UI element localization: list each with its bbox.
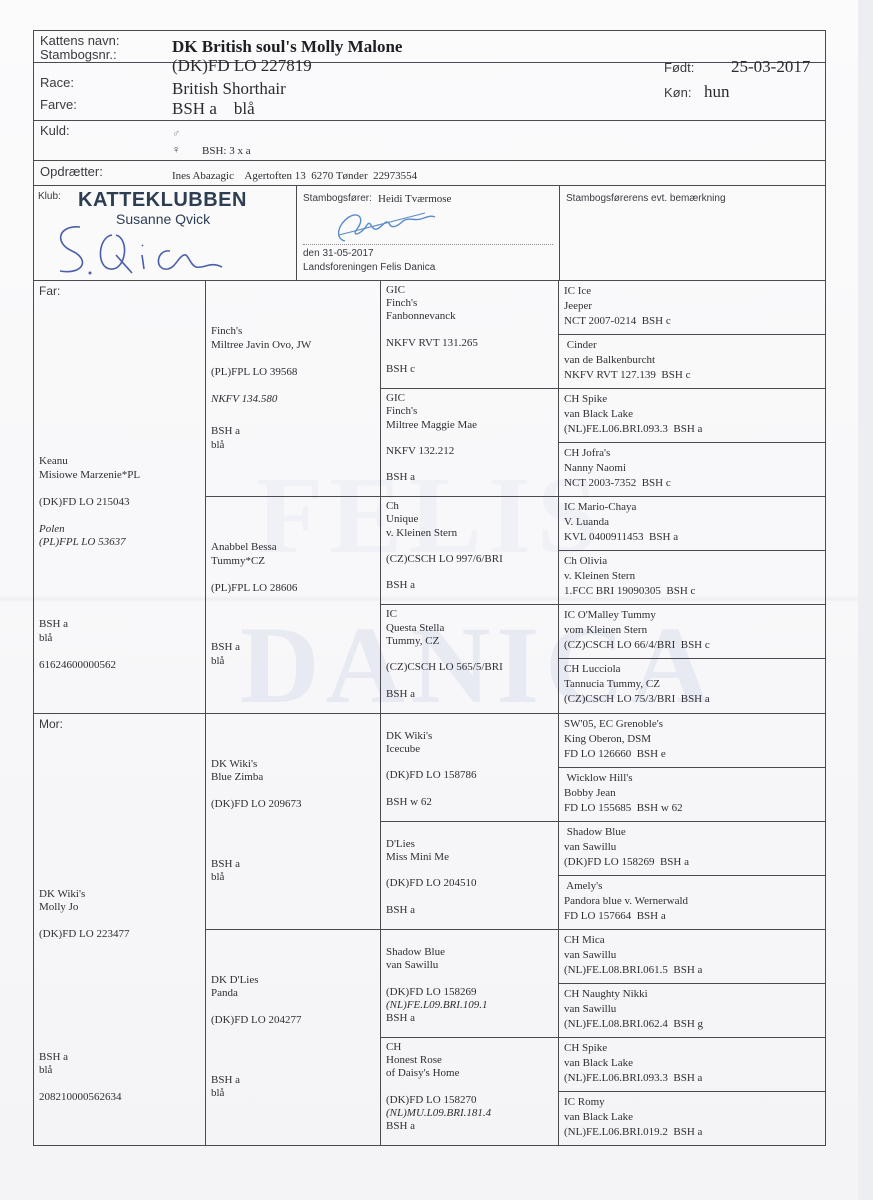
pedigree-line bbox=[386, 717, 552, 730]
great-great-grandparent-cell: Wicklow Hill'sBobby JeanFD LO 155685 BSH… bbox=[558, 771, 825, 816]
pedigree-line: (PL)FPL LO 53637 bbox=[39, 536, 199, 550]
race-label: Race: bbox=[40, 75, 74, 90]
cat-name-value: DK British soul's Molly Malone bbox=[172, 37, 402, 57]
great-great-grandparent-cell: CH Micavan Sawillu(NL)FE.L08.BRI.061.5 B… bbox=[558, 933, 825, 978]
pedigree-line: BSH a bbox=[211, 858, 374, 872]
paper-edge bbox=[858, 0, 873, 1200]
club-signature-icon bbox=[50, 215, 250, 283]
divider bbox=[33, 185, 826, 186]
grid-line bbox=[558, 442, 825, 443]
dam-label: Mor: bbox=[39, 717, 63, 731]
registrar-name: Heidi Tværmose bbox=[378, 192, 451, 206]
pedigree-line: Miltree Javin Ovo, JW bbox=[211, 339, 374, 353]
pedigree-line: NKFV RVT 131.265 bbox=[386, 337, 552, 350]
pedigree-line: (DK)FD LO 215043 bbox=[39, 496, 199, 510]
pedigree-line: vom Kleinen Stern bbox=[564, 623, 819, 638]
pedigree-line: 61624600000562 bbox=[39, 659, 199, 673]
pedigree-line: blå bbox=[211, 439, 374, 453]
great-grandparent-cell: GICFinch'sMiltree Maggie MaeNKFV 132.212… bbox=[380, 392, 558, 484]
pedigree-line: Finch's bbox=[386, 405, 552, 418]
pedigree-line: van Black Lake bbox=[564, 407, 819, 422]
pedigree-line: (NL)FE.L06.BRI.093.3 BSH a bbox=[564, 1071, 819, 1086]
pedigree-line: BSH w 62 bbox=[386, 796, 552, 809]
pedigree-line bbox=[39, 1078, 199, 1092]
grid-line bbox=[558, 334, 825, 335]
great-great-grandparent-cell: IC O'Malley Tummyvom Kleinen Stern(CZ)CS… bbox=[558, 608, 825, 653]
pedigree-line: Jeeper bbox=[564, 299, 819, 314]
color-value: BSH a blå bbox=[172, 99, 255, 119]
grid-line bbox=[558, 821, 825, 822]
pedigree-line bbox=[386, 432, 552, 445]
pedigree-line bbox=[211, 352, 374, 366]
great-grandparent-cell: CHHonest Roseof Daisy's Home(DK)FD LO 15… bbox=[380, 1041, 558, 1133]
born-label: Født: bbox=[664, 60, 694, 75]
great-great-grandparent-cell: Cindervan de BalkenburchtNKFV RVT 127.13… bbox=[558, 338, 825, 383]
pedigree-line: CH Mica bbox=[564, 933, 819, 948]
pedigree-line: (NL)FE.L06.BRI.093.3 BSH a bbox=[564, 422, 819, 437]
pedigree-line: blå bbox=[39, 632, 199, 646]
registrar-label: Stambogsfører: bbox=[303, 193, 372, 204]
grandparent-cell: DK Wiki'sBlue Zimba(DK)FD LO 209673 bbox=[205, 758, 380, 812]
litter-female-value: BSH: 3 x a bbox=[202, 144, 251, 158]
pedigree-line: NCT 2003-7352 BSH c bbox=[564, 476, 819, 491]
club-name: KATTEKLUBBEN bbox=[78, 189, 247, 212]
grandparent-cell: DK D'LiesPanda(DK)FD LO 204277 bbox=[205, 974, 380, 1028]
pedigree-line: BSH a bbox=[386, 1120, 552, 1133]
pedigree-line: blå bbox=[211, 655, 374, 669]
divider bbox=[559, 185, 560, 280]
registration-value: (DK)FD LO 227819 bbox=[172, 56, 312, 76]
divider bbox=[296, 185, 297, 280]
pedigree-line bbox=[386, 864, 552, 877]
pedigree-line: (DK)FD LO 223477 bbox=[39, 928, 199, 942]
great-great-grandparent-cell: CH Naughty Nikkivan Sawillu(NL)FE.L08.BR… bbox=[558, 987, 825, 1032]
pedigree-line: CH Jofra's bbox=[564, 446, 819, 461]
pedigree-line: IC O'Malley Tummy bbox=[564, 608, 819, 623]
grid-line bbox=[558, 929, 825, 930]
club-label: Klub: bbox=[38, 191, 61, 202]
grid-line bbox=[558, 713, 825, 714]
pedigree-line: King Oberon, DSM bbox=[564, 732, 819, 747]
grid-line bbox=[558, 550, 825, 551]
pedigree-line: Amely's bbox=[564, 879, 819, 894]
pedigree-line: Pandora blue v. Wernerwald bbox=[564, 894, 819, 909]
registrar-date: den 31-05-2017 bbox=[303, 248, 374, 259]
breeder-label: Opdrætter: bbox=[40, 164, 103, 179]
pedigree-line: Tummy*CZ bbox=[211, 555, 374, 569]
pedigree-line: NCT 2007-0214 BSH c bbox=[564, 314, 819, 329]
pedigree-line bbox=[386, 1080, 552, 1093]
great-grandparent-cell: ICQuesta StellaTummy, CZ(CZ)CSCH LO 565/… bbox=[380, 608, 558, 700]
great-great-grandparent-cell: Amely'sPandora blue v. WernerwaldFD LO 1… bbox=[558, 879, 825, 924]
pedigree-line: van Sawillu bbox=[386, 959, 552, 972]
pedigree-line bbox=[386, 648, 552, 661]
pedigree-line bbox=[386, 782, 552, 795]
pedigree-line: BSH a bbox=[39, 618, 199, 632]
pedigree-line: V. Luanda bbox=[564, 515, 819, 530]
pedigree-line: van Sawillu bbox=[564, 1002, 819, 1017]
pedigree-line: 208210000562634 bbox=[39, 1091, 199, 1105]
pedigree-line: BSH a bbox=[386, 471, 552, 484]
pedigree-line: blå bbox=[211, 1087, 374, 1101]
pedigree-line: of Daisy's Home bbox=[386, 1067, 552, 1080]
pedigree-line: BSH a bbox=[386, 904, 552, 917]
pedigree-line: blå bbox=[39, 1064, 199, 1078]
grandparent-cell: Finch'sMiltree Javin Ovo, JW(PL)FPL LO 3… bbox=[205, 325, 380, 406]
grid-line bbox=[558, 875, 825, 876]
divider bbox=[33, 62, 826, 63]
pedigree-line: (NL)FE.L08.BRI.062.4 BSH g bbox=[564, 1017, 819, 1032]
pedigree-line: GIC bbox=[386, 284, 552, 297]
pedigree-line: Questa Stella bbox=[386, 622, 552, 635]
sire-label: Far: bbox=[39, 284, 60, 298]
pedigree-line: BSH a bbox=[211, 1074, 374, 1088]
pedigree-line: Icecube bbox=[386, 743, 552, 756]
grid-line bbox=[558, 767, 825, 768]
pedigree-line: SW'05, EC Grenoble's bbox=[564, 717, 819, 732]
pedigree-line: Ch bbox=[386, 500, 552, 513]
pedigree-line: van Black Lake bbox=[564, 1056, 819, 1071]
great-great-grandparent-cell: IC Romyvan Black Lake(NL)FE.L06.BRI.019.… bbox=[558, 1095, 825, 1140]
pedigree-line: DK D'Lies bbox=[211, 974, 374, 988]
pedigree-line: Ch Olivia bbox=[564, 554, 819, 569]
pedigree-line bbox=[211, 1001, 374, 1015]
dam-name-block: DK Wiki'sMolly Jo(DK)FD LO 223477 bbox=[33, 888, 205, 942]
great-great-grandparent-cell: CH Spikevan Black Lake(NL)FE.L06.BRI.093… bbox=[558, 392, 825, 437]
pedigree-line: (DK)FD LO 209673 bbox=[211, 798, 374, 812]
great-great-grandparent-cell: SW'05, EC Grenoble'sKing Oberon, DSMFD L… bbox=[558, 717, 825, 762]
pedigree-line: (NL)FE.L08.BRI.061.5 BSH a bbox=[564, 963, 819, 978]
pedigree-line: Miltree Maggie Mae bbox=[386, 419, 552, 432]
pedigree-line: 1.FCC BRI 19090305 BSH c bbox=[564, 584, 819, 599]
pedigree-line bbox=[211, 568, 374, 582]
pedigree-line bbox=[386, 674, 552, 687]
female-symbol-icon: ♀ bbox=[172, 143, 180, 157]
pedigree-line: Unique bbox=[386, 513, 552, 526]
grandparent-color: BSH ablå bbox=[205, 1074, 380, 1101]
race-value: British Shorthair bbox=[172, 79, 286, 99]
pedigree-line: Honest Rose bbox=[386, 1054, 552, 1067]
pedigree-line bbox=[386, 972, 552, 985]
pedigree-line: IC bbox=[386, 608, 552, 621]
pedigree-line: Shadow Blue bbox=[564, 825, 819, 840]
pedigree-line: (PL)FPL LO 28606 bbox=[211, 582, 374, 596]
sire-color-block: BSH ablå61624600000562 bbox=[33, 618, 205, 672]
pedigree-line: (CZ)CSCH LO 997/6/BRI bbox=[386, 553, 552, 566]
grid-line bbox=[558, 658, 825, 659]
pedigree-line: BSH c bbox=[386, 363, 552, 376]
great-grandparent-cell: DK Wiki'sIcecube(DK)FD LO 158786BSH w 62 bbox=[380, 717, 558, 809]
pedigree-line: (NL)FE.L09.BRI.109.1 bbox=[386, 999, 552, 1012]
remarks-label: Stambogsførerens evt. bemærkning bbox=[566, 193, 726, 204]
pedigree-line: Tannucia Tummy, CZ bbox=[564, 677, 819, 692]
pedigree-line: Fanbonnevanck bbox=[386, 310, 552, 323]
pedigree-line bbox=[386, 825, 552, 838]
pedigree-line: Molly Jo bbox=[39, 901, 199, 915]
sex-label: Køn: bbox=[664, 85, 691, 100]
grid-line bbox=[558, 1091, 825, 1092]
great-great-grandparent-cell: CH LucciolaTannucia Tummy, CZ(CZ)CSCH LO… bbox=[558, 662, 825, 707]
pedigree-line bbox=[39, 645, 199, 659]
pedigree-line bbox=[386, 891, 552, 904]
pedigree-line: IC Ice bbox=[564, 284, 819, 299]
pedigree-line: NKFV 132.212 bbox=[386, 445, 552, 458]
pedigree-line: (DK)FD LO 204510 bbox=[386, 877, 552, 890]
pedigree-line: FD LO 157664 BSH a bbox=[564, 909, 819, 924]
pedigree-line bbox=[386, 540, 552, 553]
pedigree-line: van Sawillu bbox=[564, 840, 819, 855]
grid-line bbox=[558, 388, 825, 389]
grid-line bbox=[558, 983, 825, 984]
sire-name-block: KeanuMisiowe Marzenie*PL(DK)FD LO 215043… bbox=[33, 455, 205, 550]
great-grandparent-cell: GICFinch'sFanbonnevanckNKFV RVT 131.265B… bbox=[380, 284, 558, 376]
grid-line bbox=[558, 1037, 825, 1038]
great-great-grandparent-cell: CH Jofra'sNanny NaomiNCT 2003-7352 BSH c bbox=[558, 446, 825, 491]
pedigree-line bbox=[386, 933, 552, 946]
color-label: Farve: bbox=[40, 97, 77, 112]
pedigree-line bbox=[386, 324, 552, 337]
pedigree-line: Cinder bbox=[564, 338, 819, 353]
great-grandparent-cell: Shadow Bluevan Sawillu(DK)FD LO 158269(N… bbox=[380, 933, 558, 1025]
pedigree-line bbox=[39, 509, 199, 523]
pedigree-line: (CZ)CSCH LO 66/4/BRI BSH c bbox=[564, 638, 819, 653]
pedigree-line: CH Naughty Nikki bbox=[564, 987, 819, 1002]
pedigree-line: IC Mario-Chaya bbox=[564, 500, 819, 515]
pedigree-line bbox=[386, 566, 552, 579]
pedigree-line: (DK)FD LO 158269 bbox=[386, 986, 552, 999]
male-symbol-icon: ♂ bbox=[172, 127, 180, 141]
pedigree-line: Wicklow Hill's bbox=[564, 771, 819, 786]
pedigree-line: (NL)MU.L09.BRI.181.4 bbox=[386, 1107, 552, 1120]
pedigree-line: CH Spike bbox=[564, 1041, 819, 1056]
grandparent-color: BSH ablå bbox=[205, 858, 380, 885]
pedigree-line: (PL)FPL LO 39568 bbox=[211, 366, 374, 380]
pedigree-line: Blue Zimba bbox=[211, 771, 374, 785]
pedigree-line: (DK)FD LO 158269 BSH a bbox=[564, 855, 819, 870]
registrar-signature-icon bbox=[325, 205, 445, 247]
grid-line bbox=[558, 496, 825, 497]
pedigree-line: Shadow Blue bbox=[386, 946, 552, 959]
great-great-grandparent-cell: Ch Oliviav. Kleinen Stern1.FCC BRI 19090… bbox=[558, 554, 825, 599]
pedigree-line: NKFV RVT 127.139 BSH c bbox=[564, 368, 819, 383]
pedigree-line: Tummy, CZ bbox=[386, 635, 552, 648]
pedigree-line: IC Romy bbox=[564, 1095, 819, 1110]
pedigree-line: DK Wiki's bbox=[386, 730, 552, 743]
pedigree-line: NKFV 134.580 bbox=[211, 393, 374, 407]
registrar-org: Landsforeningen Felis Danica bbox=[303, 262, 435, 273]
grandparent-cell: Anabbel BessaTummy*CZ(PL)FPL LO 28606 bbox=[205, 541, 380, 595]
pedigree-line: (NL)FE.L06.BRI.019.2 BSH a bbox=[564, 1125, 819, 1140]
pedigree-line: v. Kleinen Stern bbox=[386, 527, 552, 540]
pedigree-line bbox=[211, 379, 374, 393]
pedigree-line: Bobby Jean bbox=[564, 786, 819, 801]
pedigree-line: (DK)FD LO 204277 bbox=[211, 1014, 374, 1028]
pedigree-line: CH Lucciola bbox=[564, 662, 819, 677]
pedigree-line: KVL 0400911453 BSH a bbox=[564, 530, 819, 545]
breeder-value: Ines Abazagic Agertoften 13 6270 Tønder … bbox=[172, 169, 417, 183]
pedigree-line: BSH a bbox=[39, 1051, 199, 1065]
great-great-grandparent-cell: IC Mario-ChayaV. LuandaKVL 0400911453 BS… bbox=[558, 500, 825, 545]
pedigree-line: GIC bbox=[386, 392, 552, 405]
pedigree-line: van de Balkenburcht bbox=[564, 353, 819, 368]
pedigree-line: (CZ)CSCH LO 75/3/BRI BSH a bbox=[564, 692, 819, 707]
grandparent-color: BSH ablå bbox=[205, 425, 380, 452]
great-grandparent-cell: D'LiesMiss Mini Me(DK)FD LO 204510BSH a bbox=[380, 825, 558, 917]
pedigree-line bbox=[386, 756, 552, 769]
divider bbox=[33, 120, 826, 121]
pedigree-line: FD LO 126660 BSH e bbox=[564, 747, 819, 762]
pedigree-line: DK Wiki's bbox=[211, 758, 374, 772]
great-great-grandparent-cell: Shadow Bluevan Sawillu(DK)FD LO 158269 B… bbox=[558, 825, 825, 870]
pedigree-line: (CZ)CSCH LO 565/5/BRI bbox=[386, 661, 552, 674]
pedigree-line: BSH a bbox=[211, 425, 374, 439]
cat-name-label: Kattens navn: bbox=[40, 33, 120, 48]
pedigree-line: Keanu bbox=[39, 455, 199, 469]
pedigree-line: Polen bbox=[39, 523, 199, 537]
pedigree-line: van Black Lake bbox=[564, 1110, 819, 1125]
pedigree-line: v. Kleinen Stern bbox=[564, 569, 819, 584]
pedigree-line: Anabbel Bessa bbox=[211, 541, 374, 555]
pedigree-line: D'Lies bbox=[386, 838, 552, 851]
pedigree-line: BSH a bbox=[386, 1012, 552, 1025]
pedigree-line: Miss Mini Me bbox=[386, 851, 552, 864]
pedigree-line: Panda bbox=[211, 987, 374, 1001]
divider bbox=[33, 160, 826, 161]
signature-line bbox=[303, 244, 553, 245]
pedigree-line: Misiowe Marzenie*PL bbox=[39, 469, 199, 483]
pedigree-line: van Sawillu bbox=[564, 948, 819, 963]
pedigree-line bbox=[39, 915, 199, 929]
grid-line bbox=[558, 604, 825, 605]
pedigree-line bbox=[39, 482, 199, 496]
pedigree-line: BSH a bbox=[211, 641, 374, 655]
pedigree-line bbox=[386, 350, 552, 363]
great-great-grandparent-cell: IC IceJeeperNCT 2007-0214 BSH c bbox=[558, 284, 825, 329]
litter-label: Kuld: bbox=[40, 123, 70, 138]
born-value: 25-03-2017 bbox=[731, 57, 810, 77]
pedigree-line: CH Spike bbox=[564, 392, 819, 407]
registration-label: Stambogsnr.: bbox=[40, 47, 117, 62]
pedigree-line: (DK)FD LO 158786 bbox=[386, 769, 552, 782]
grandparent-color: BSH ablå bbox=[205, 641, 380, 668]
pedigree-line: (DK)FD LO 158270 bbox=[386, 1094, 552, 1107]
pedigree-line: blå bbox=[211, 871, 374, 885]
great-great-grandparent-cell: CH Spikevan Black Lake(NL)FE.L06.BRI.093… bbox=[558, 1041, 825, 1086]
pedigree-line bbox=[386, 458, 552, 471]
pedigree-line: FD LO 155685 BSH w 62 bbox=[564, 801, 819, 816]
pedigree-line: Finch's bbox=[211, 325, 374, 339]
pedigree-line: Nanny Naomi bbox=[564, 461, 819, 476]
pedigree-line bbox=[211, 785, 374, 799]
pedigree-line: DK Wiki's bbox=[39, 888, 199, 902]
pedigree-line: BSH a bbox=[386, 579, 552, 592]
pedigree-line: BSH a bbox=[386, 688, 552, 701]
pedigree-line: Finch's bbox=[386, 297, 552, 310]
sex-value: hun bbox=[704, 82, 730, 102]
great-grandparent-cell: ChUniquev. Kleinen Stern(CZ)CSCH LO 997/… bbox=[380, 500, 558, 592]
pedigree-line: CH bbox=[386, 1041, 552, 1054]
dam-color-block: BSH ablå208210000562634 bbox=[33, 1051, 205, 1105]
